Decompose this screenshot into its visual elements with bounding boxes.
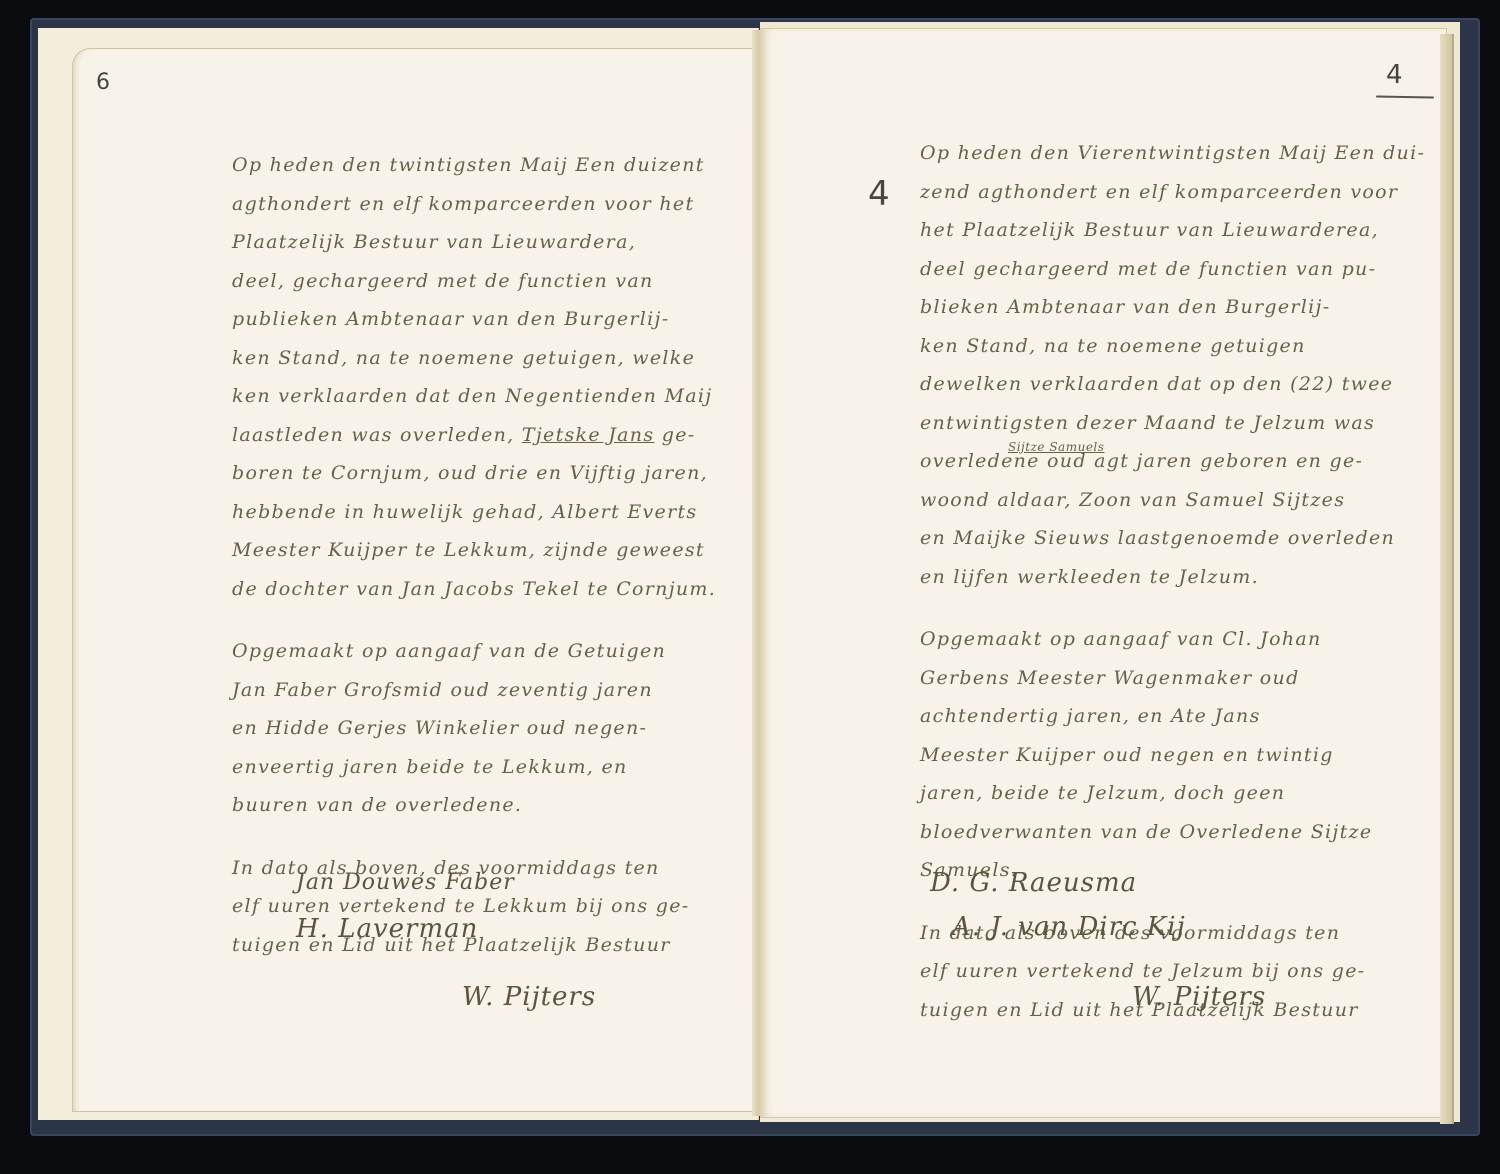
text-line: laastleden was overleden, Tjetske Jans g… bbox=[232, 416, 772, 455]
text-line: Meester Kuijper oud negen en twintig bbox=[920, 736, 1420, 775]
text-line: blieken Ambtenaar van den Burgerlij- bbox=[920, 288, 1420, 327]
text-line: entwintigsten dezer Maand te Jelzum was bbox=[920, 404, 1420, 443]
text-fragment: overledene oud agt jaren geboren en ge- bbox=[920, 450, 1363, 472]
text-fragment: laastleden was overleden, bbox=[232, 424, 515, 446]
text-line: woond aldaar, Zoon van Samuel Sijtzes bbox=[920, 481, 1420, 520]
text-line: jaren, beide te Jelzum, doch geen bbox=[920, 774, 1420, 813]
right-record-paragraph: Op heden den Vierentwintigsten Maij Een … bbox=[920, 134, 1420, 596]
left-page-text: Op heden den twintigsten Maij Een duizen… bbox=[232, 146, 772, 964]
text-line: en Hidde Gerjes Winkelier oud negen- bbox=[232, 709, 772, 748]
text-line: Sijtze Samuels overledene oud agt jaren … bbox=[920, 442, 1420, 481]
text-line: en Maijke Sieuws laastgenoemde overleden bbox=[920, 519, 1420, 558]
text-line: Plaatzelijk Bestuur van Lieuwardera, bbox=[232, 223, 772, 262]
signature: H. Laverman bbox=[296, 914, 478, 944]
text-fragment: ge- bbox=[662, 424, 696, 446]
page-fore-edge bbox=[1440, 34, 1454, 1124]
signature: W. Pijters bbox=[1132, 982, 1266, 1012]
text-line: buuren van de overledene. bbox=[232, 786, 772, 825]
text-line: enveertig jaren beide te Lekkum, en bbox=[232, 748, 772, 787]
right-witness-paragraph: Opgemaakt op aangaaf van Cl. Johan Gerbe… bbox=[920, 620, 1420, 890]
text-line: Meester Kuijper te Lekkum, zijnde gewees… bbox=[232, 531, 772, 570]
signature: A. J. van Dirc Kij bbox=[952, 912, 1186, 942]
margin-entry-number: 4 bbox=[868, 174, 890, 214]
left-closing-paragraph: In dato als boven, des voormiddags ten e… bbox=[232, 849, 772, 965]
text-line: boren te Cornjum, oud drie en Vijftig ja… bbox=[232, 454, 772, 493]
signature: Jan Douwes Faber bbox=[296, 870, 515, 895]
text-line: achtendertig jaren, en Ate Jans bbox=[920, 697, 1420, 736]
interlinear-insertion: Sijtze Samuels bbox=[1008, 428, 1104, 467]
text-line: de dochter van Jan Jacobs Tekel te Cornj… bbox=[232, 570, 772, 609]
left-page-number: 6 bbox=[96, 70, 110, 95]
left-record-paragraph: Op heden den twintigsten Maij Een duizen… bbox=[232, 146, 772, 608]
text-line: Op heden den Vierentwintigsten Maij Een … bbox=[920, 134, 1420, 173]
left-witness-paragraph: Opgemaakt op aangaaf van de Getuigen Jan… bbox=[232, 632, 772, 825]
text-line: deel gechargeerd met de functien van pu- bbox=[920, 250, 1420, 289]
text-line: Opgemaakt op aangaaf van de Getuigen bbox=[232, 632, 772, 671]
text-line: dewelken verklaarden dat op den (22) twe… bbox=[920, 365, 1420, 404]
text-line: en lijfen werkleeden te Jelzum. bbox=[920, 558, 1420, 597]
text-line: het Plaatzelijk Bestuur van Lieuwarderea… bbox=[920, 211, 1420, 250]
text-line: deel, gechargeerd met de functien van bbox=[232, 262, 772, 301]
text-line: Gerbens Meester Wagenmaker oud bbox=[920, 659, 1420, 698]
text-line: Opgemaakt op aangaaf van Cl. Johan bbox=[920, 620, 1420, 659]
text-line: bloedverwanten van de Overledene Sijtze bbox=[920, 813, 1420, 852]
signature: D. G. Raeusma bbox=[930, 868, 1137, 898]
text-line: agthondert en elf komparceerden voor het bbox=[232, 185, 772, 224]
text-line: ken verklaarden dat den Negentienden Mai… bbox=[232, 377, 772, 416]
text-line: ken Stand, na te noemene getuigen, welke bbox=[232, 339, 772, 378]
text-line: hebbende in huwelijk gehad, Albert Evert… bbox=[232, 493, 772, 532]
text-line: Op heden den twintigsten Maij Een duizen… bbox=[232, 146, 772, 185]
text-line: publieken Ambtenaar van den Burgerlij- bbox=[232, 300, 772, 339]
right-page-number: 4 bbox=[1386, 60, 1403, 90]
text-line: ken Stand, na te noemene getuigen bbox=[920, 327, 1420, 366]
signature: W. Pijters bbox=[462, 982, 596, 1012]
text-line: Jan Faber Grofsmid oud zeventig jaren bbox=[232, 671, 772, 710]
deceased-name: Tjetske Jans bbox=[522, 424, 655, 446]
text-line: zend agthondert en elf komparceerden voo… bbox=[920, 173, 1420, 212]
